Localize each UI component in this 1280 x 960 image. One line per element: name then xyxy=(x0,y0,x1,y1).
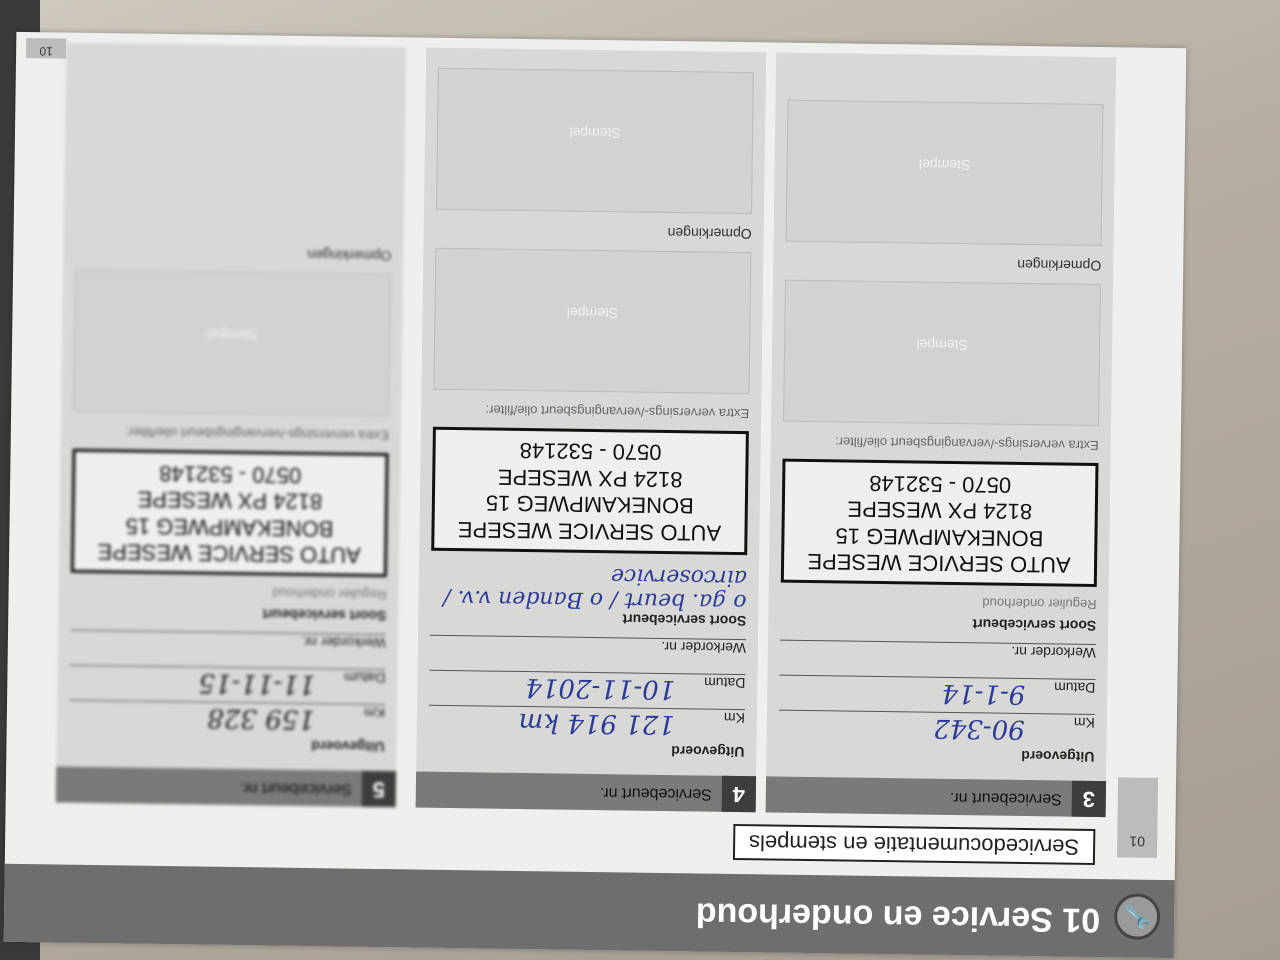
date-label: Datum xyxy=(675,674,745,691)
stamp-line: BONEKAMPWEG 15 xyxy=(445,489,735,519)
date-value: 10-11-2014 xyxy=(525,672,675,704)
stamp-line: AUTO SERVICE WESEPE xyxy=(84,537,374,567)
km-value: 121 914 km xyxy=(518,707,675,739)
wrench-icon: 🔧 xyxy=(1114,893,1161,940)
stamp-placeholder: Stempel xyxy=(75,325,389,345)
km-field: Km90-342 xyxy=(779,710,1095,745)
dealer-stamp: AUTO SERVICE WESEPE BONEKAMPWEG 15 8124 … xyxy=(71,449,389,577)
service-entry-5: 5 Servicebeurt nr. Uitgevoerd Km159 328 … xyxy=(56,43,407,808)
performed-label: Uitgevoerd xyxy=(428,740,744,760)
stamp-line: 0570 - 532148 xyxy=(85,458,375,488)
km-label: Km xyxy=(315,704,385,721)
service-number: 5 xyxy=(362,771,396,807)
service-entry-label: Servicebeurt nr. xyxy=(950,788,1072,808)
extra-service-label: Extra verversings-/vervangingsbeurt olie… xyxy=(433,402,749,421)
regular-maintenance-text: Regulier onderhoud xyxy=(71,583,387,602)
extra-service-label: Extra verversings-/vervangingsbeurt olie… xyxy=(73,424,389,443)
service-type-label: Soort servicebeurt xyxy=(780,614,1096,634)
stamp-line: AUTO SERVICE WESEPE xyxy=(444,515,734,545)
stamp-line: 8124 PX WESEPE xyxy=(445,462,735,492)
work-order-label: Werkorder nr. xyxy=(986,643,1096,661)
page-subtitle: Servicedocumentatie en stempels xyxy=(733,824,1096,865)
service-entry-label: Servicebeurt nr. xyxy=(240,778,362,798)
service-entry-3: 3 Servicebeurt nr. Uitgevoerd Km90-342 D… xyxy=(766,52,1117,817)
service-number: 3 xyxy=(1072,781,1106,817)
date-field: Datum11-11-15 xyxy=(69,665,385,700)
km-value: 90-342 xyxy=(933,713,1025,744)
service-entry-header: 3 Servicebeurt nr. xyxy=(766,776,1106,817)
stamp-placeholder: Stempel xyxy=(788,155,1102,175)
dealer-stamp: AUTO SERVICE WESEPE BONEKAMPWEG 15 8124 … xyxy=(431,427,749,555)
stamp-line: 0570 - 532148 xyxy=(795,468,1085,498)
km-field: Km159 328 xyxy=(69,700,385,735)
section-header: 🔧 01 Service en onderhoud xyxy=(4,864,1175,958)
service-entry-4: 4 Servicebeurt nr. Uitgevoerd Km121 914 … xyxy=(416,48,767,813)
remarks-label: Opmerkingen xyxy=(785,254,1101,274)
extra-service-label: Extra verversings-/vervangingsbeurt olie… xyxy=(783,434,1099,453)
date-field: Datum9-1-14 xyxy=(779,675,1095,710)
remarks-label: Opmerkingen xyxy=(75,244,391,264)
km-label: Km xyxy=(1025,714,1095,731)
section-title: 01 Service en onderhoud xyxy=(696,894,1101,939)
stamp-box: Stempel xyxy=(786,100,1104,246)
stamp-box: Stempel xyxy=(783,280,1101,426)
stamp-line: 8124 PX WESEPE xyxy=(85,485,375,515)
work-order-label: Werkorder nr. xyxy=(276,634,386,652)
performed-label: Uitgevoerd xyxy=(68,735,384,755)
km-label: Km xyxy=(675,709,745,726)
stamp-line: 8124 PX WESEPE xyxy=(795,495,1085,525)
service-booklet-page: 🔧 01 Service en onderhoud 01 Servicedocu… xyxy=(4,32,1187,958)
remarks-label: Opmerkingen xyxy=(436,222,752,242)
dealer-stamp: AUTO SERVICE WESEPE BONEKAMPWEG 15 8124 … xyxy=(781,459,1099,587)
km-value: 159 328 xyxy=(207,703,315,734)
stamp-line: 0570 - 532148 xyxy=(445,436,735,466)
work-order-field: Werkorder nr. xyxy=(70,630,386,665)
stamp-placeholder: Stempel xyxy=(435,303,749,323)
handwritten-notes: o ga. beurt / o Banden v.v. / aircoservi… xyxy=(430,560,747,613)
stamp-box: Stempel xyxy=(73,270,391,416)
performed-label: Uitgevoerd xyxy=(778,745,1094,765)
date-label: Datum xyxy=(315,669,385,686)
date-label: Datum xyxy=(1025,679,1095,696)
chapter-tab: 01 xyxy=(1117,777,1158,858)
work-order-field: Werkorder nr. xyxy=(430,635,746,670)
date-field: Datum10-11-2014 xyxy=(429,670,745,705)
stamp-placeholder: Stempel xyxy=(438,123,752,143)
regular-maintenance-text: Regulier onderhoud xyxy=(780,593,1096,612)
stamp-box: Stempel xyxy=(433,248,751,394)
service-entry-label: Servicebeurt nr. xyxy=(600,783,722,803)
service-entry-header: 5 Servicebeurt nr. xyxy=(56,767,396,808)
service-number: 4 xyxy=(722,776,756,812)
page-number: 10 xyxy=(26,38,66,59)
stamp-box: Stempel xyxy=(436,68,754,214)
stamp-placeholder: Stempel xyxy=(785,335,1099,355)
service-entry-header: 4 Servicebeurt nr. xyxy=(416,772,756,813)
km-field: Km121 914 km xyxy=(429,705,745,740)
stamp-line: AUTO SERVICE WESEPE xyxy=(794,547,1084,577)
stamp-line: BONEKAMPWEG 15 xyxy=(84,511,374,541)
service-type-label: Soort servicebeurt xyxy=(70,604,386,624)
date-value: 9-1-14 xyxy=(941,678,1025,709)
work-order-field: Werkorder nr. xyxy=(780,640,1096,675)
work-order-label: Werkorder nr. xyxy=(636,639,746,657)
date-value: 11-11-15 xyxy=(198,667,315,699)
stamp-line: BONEKAMPWEG 15 xyxy=(794,521,1084,551)
